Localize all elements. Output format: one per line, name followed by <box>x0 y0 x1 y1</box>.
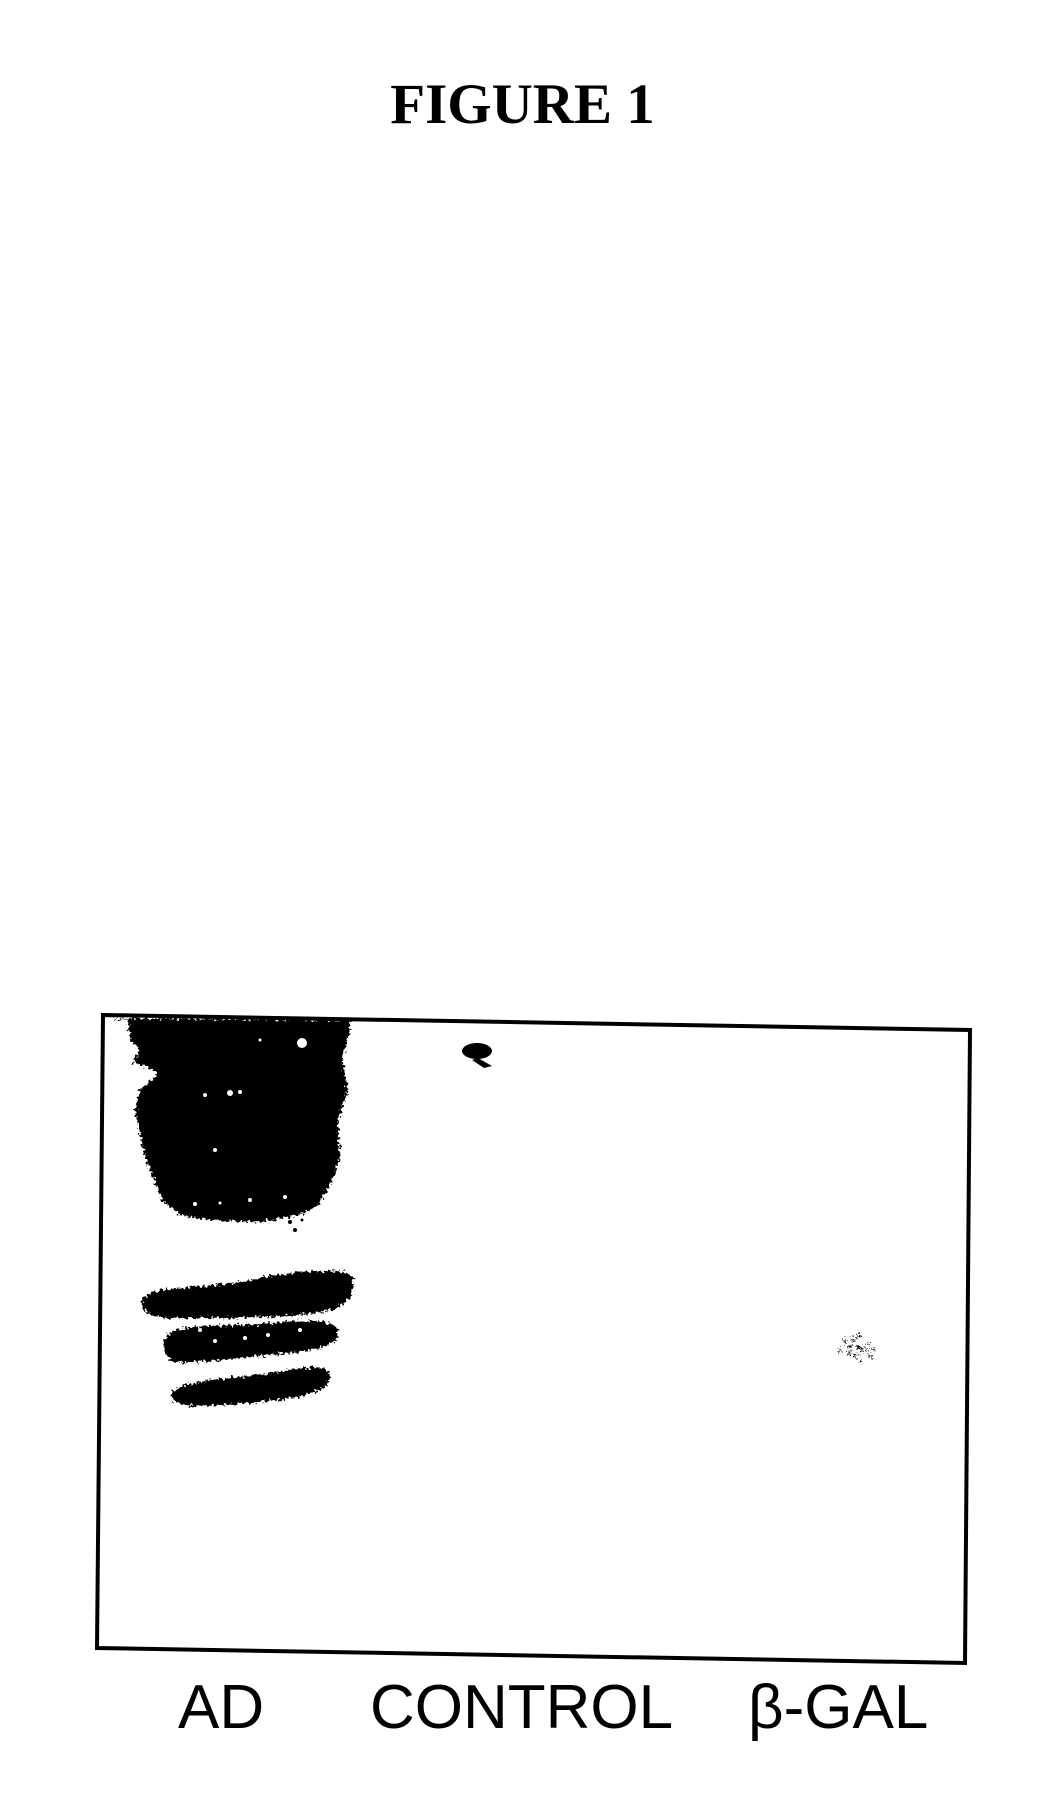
lane-label-bgal: β-GAL <box>748 1672 928 1743</box>
bgal-lane-spot <box>838 1333 875 1362</box>
ad-lane-bands <box>142 1271 353 1406</box>
ad-lane-smear <box>108 1018 350 1222</box>
control-lane-spot <box>462 1043 492 1068</box>
lane-label-ad: AD <box>178 1672 264 1743</box>
lane-label-control: CONTROL <box>370 1672 673 1743</box>
gel-image <box>0 0 1045 1808</box>
